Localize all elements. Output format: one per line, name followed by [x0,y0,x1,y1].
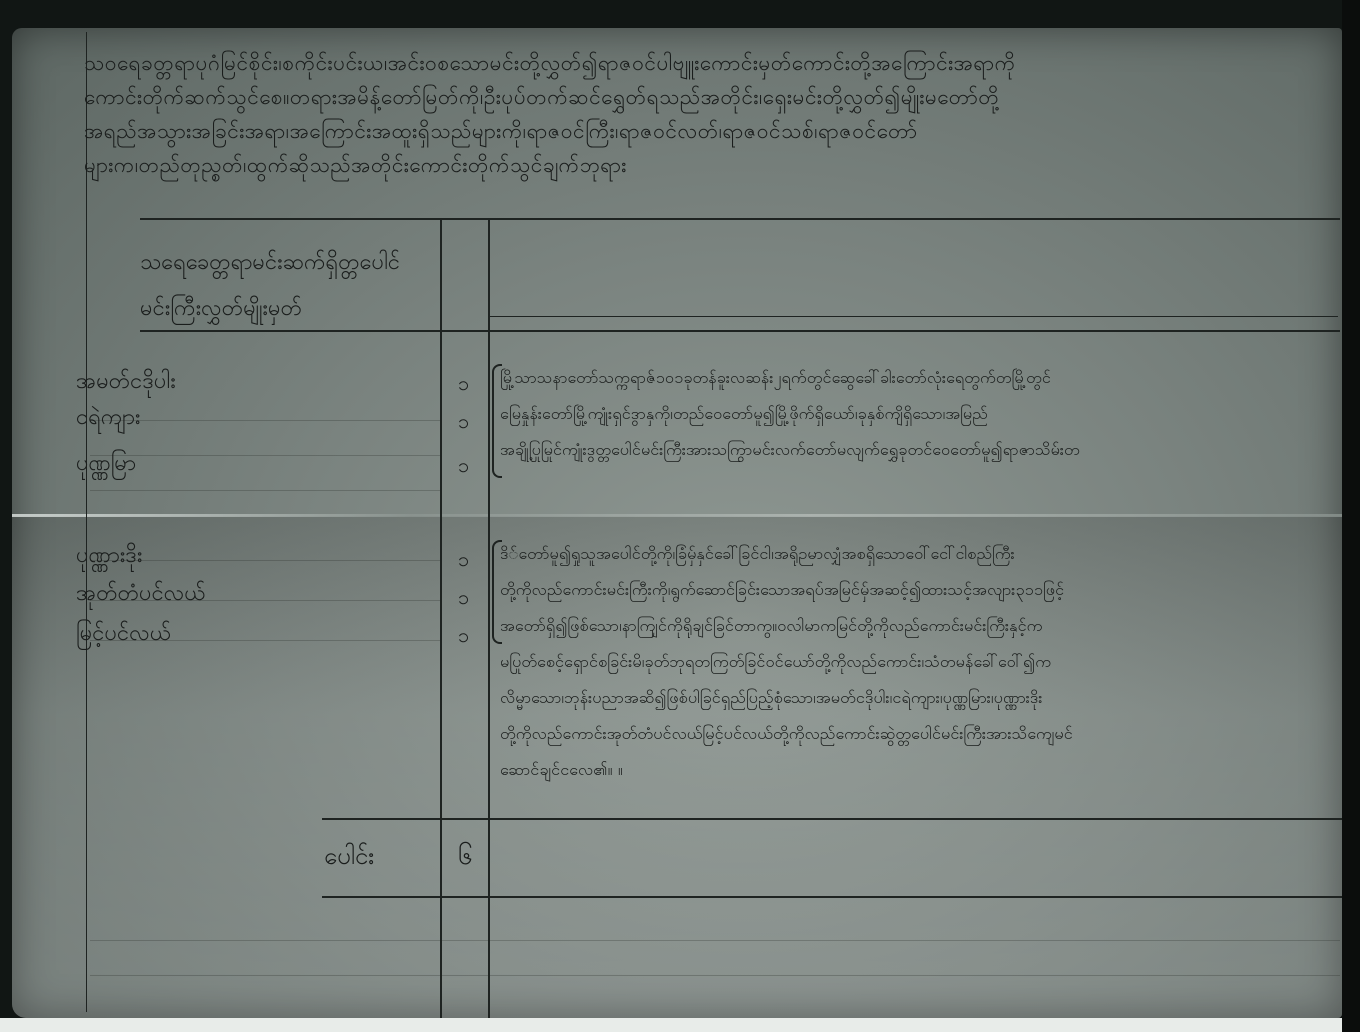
desc-line: ဒိ်တော်မူ၍ရှုသူအပေါင်တို့ကို၊ခြံမှ်နှင်ခ… [500,536,1330,572]
intro-line: များက၊တည်တုည္စတ်၊ထွက်ဆိုသည်အတိုင်းကောင်း… [84,148,1334,182]
ruled-line [90,420,440,421]
ruled-line [90,975,1340,976]
row-name: ငရဲကျား [76,402,140,435]
row-name: အမတ်ငဒိုပါး [76,366,176,399]
desc-line: မြို့သာသနာတော်သက္ကရာဇ်၁၀၁ခုတန်ခူးလဆန်း၂ရ… [500,360,1330,396]
count-column-left-rule [440,218,442,1018]
count-column-right-rule [488,218,490,1018]
desc-line: မပြုတ်စေင့်ရှောင်စခြင်းမိ၊ခုတ်ဘုရတကြတ်ခြ… [500,644,1330,680]
intro-line: သဝရေခတ္တရာပုဂံမြင်စိုင်း၊စကိုင်းပင်းယ၊အင… [84,46,1334,80]
desc-line: ဆောင်ချင်ငလေ၏။ ။ [500,752,1330,788]
total-value: ၆ [458,838,473,877]
desc-line: တို့ကိုလည်ကောင်းမင်းကြီးကို၊ရွက်ဆောင်ခြင… [500,572,1330,608]
row-count: ၁ [458,408,469,438]
row-name: ပုဏ္ဏားဒိုး [76,540,142,573]
row-count: ၁ [458,622,469,652]
group-description: ဒိ်တော်မူ၍ရှုသူအပေါင်တို့ကို၊ခြံမှ်နှင်ခ… [500,536,1330,788]
row-name: မြင့်ပင်လယ် [76,618,171,651]
intro-paragraph: သဝရေခတ္တရာပုဂံမြင်စိုင်း၊စကိုင်းပင်းယ၊အင… [84,46,1334,182]
right-header-rule [488,316,1338,317]
row-count: ၁ [458,546,469,576]
bottom-edge [0,1018,1360,1032]
page-fold-crease [12,514,1342,517]
row-count: ၁ [458,452,469,482]
row-name: ပုဏ္ဏမြာ [76,448,136,481]
total-top-rule [322,818,1342,820]
row-name: အုတ်တံပင်လယ် [76,578,206,611]
desc-line: တို့ကိုလည်ကောင်းအုတ်တံပင်လယ်မြင့်ပင်လယ်တ… [500,716,1330,752]
row-count: ၁ [458,370,469,400]
desc-line: လိမ္မာသော၊ဘုန်းပညာအဆိ၍ဖြစ်ပါခြင်ရှည်ပြည့… [500,680,1330,716]
table-header-left: သရေခေတ္တရာမင်းဆက်ရှိတ္တပေါင် မင်းကြီးလွှ… [140,240,440,332]
header-line: မင်းကြီးလွှတ်မျိုးမှတ် [140,286,440,332]
ruled-line [90,490,440,491]
right-edge [1342,0,1360,1032]
desc-line: အတော်ရှိ၍ဖြစ်သော၊နာကျြင်ကိုရိုချင်ခြင်တာ… [500,608,1330,644]
header-line: သရေခေတ္တရာမင်းဆက်ရှိတ္တပေါင် [140,240,440,286]
header-top-rule [140,218,1340,220]
intro-line: အရည်အသွားအခြင်းအရာ၊အကြောင်းအထူးရှိသည်မျာ… [84,114,1334,148]
total-label: ပေါင်း [324,840,374,876]
intro-line: ကောင်းတိုက်ဆက်သွင်စေ။တရားအမိန့်တော်မြတ်က… [84,80,1334,114]
group-description: မြို့သာသနာတော်သက္ကရာဇ်၁၀၁ခုတန်ခူးလဆန်း၂ရ… [500,360,1330,468]
desc-line: အချို့ပြုမြုင်ကျုံးဒွတ္တပေါင်မင်းကြီးအား… [500,432,1330,468]
total-bottom-rule [322,896,1342,898]
ruled-line [90,940,1340,941]
ruled-line [90,455,440,456]
row-count: ၁ [458,584,469,614]
desc-line: မြေနှုန်းတော်မြို့ကျုံးရှင်ဒွာနှကို၊တည်ဝ… [500,396,1330,432]
ruled-line [90,560,440,561]
